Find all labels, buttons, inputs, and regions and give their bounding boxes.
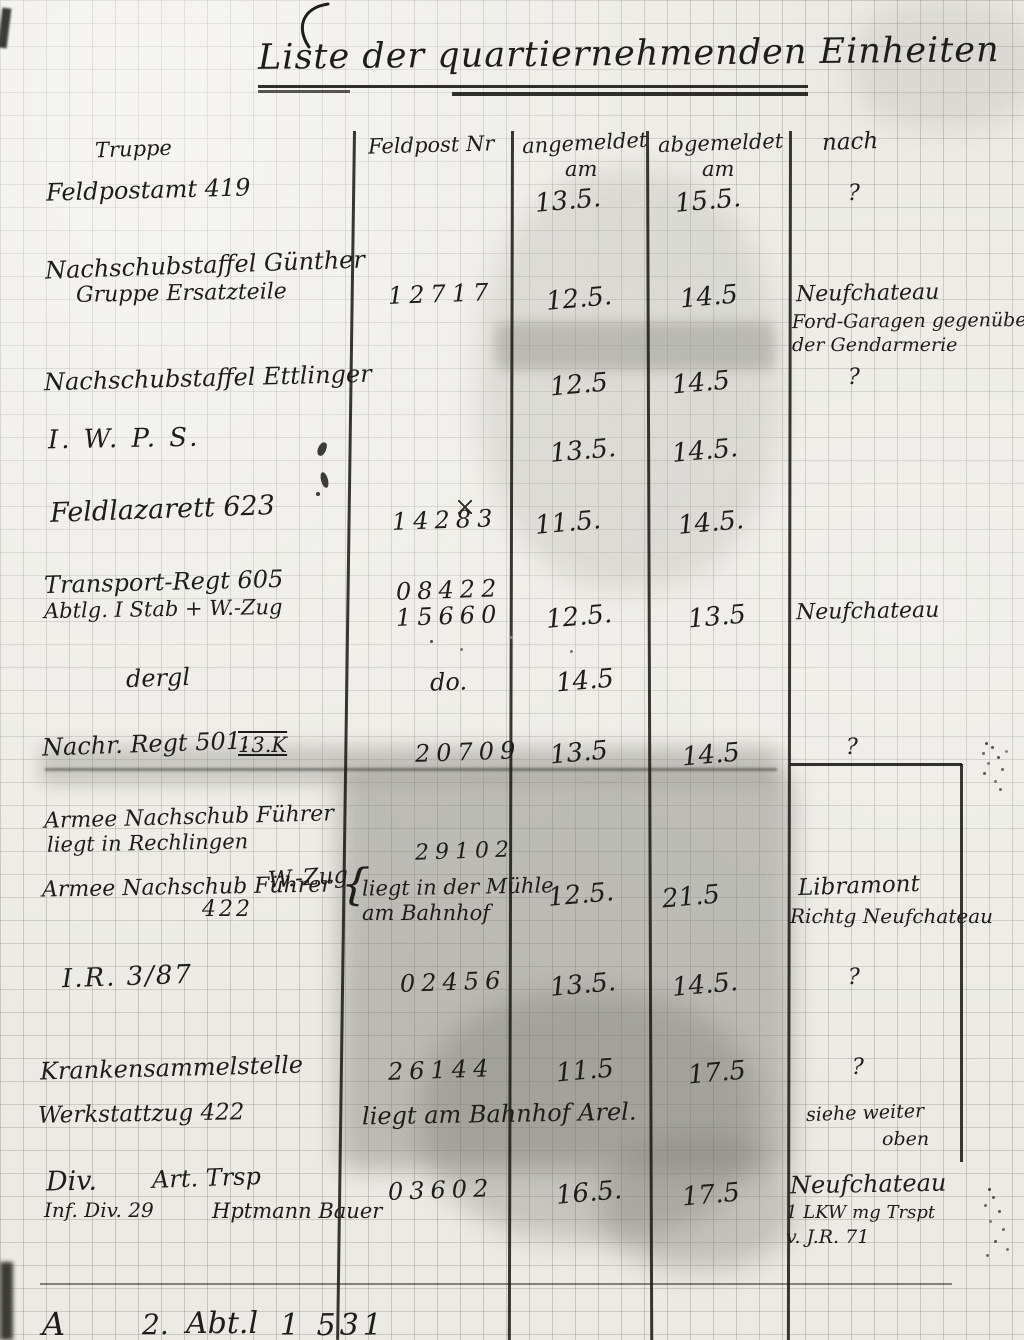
- row-div-art-truppe-b: Art. Trsp: [152, 1164, 262, 1193]
- row-feldlazarett-feldpost: 14283: [392, 506, 499, 535]
- row-staffel-ettlinger-truppe: Nachschubstaffel Ettlinger: [44, 362, 372, 396]
- ink-speck: [316, 492, 320, 496]
- row-staffel-guenther-feldpost: 12717: [388, 280, 495, 309]
- row-div-art-truppe-a: Div.: [46, 1168, 97, 1197]
- row-kss-feldpost: 26144: [388, 1056, 495, 1085]
- row-iwps-angemeldet: 13.5.: [549, 435, 617, 468]
- row-anf2-note-1: liegt in der Mühle: [362, 874, 554, 899]
- row-transport-regt-truppe-2: Abtlg. I Stab + W.-Zug: [44, 596, 283, 622]
- row-feldpostamt-angemeldet: 13.5.: [534, 185, 602, 218]
- row-dergl-angemeldet: 14.5: [555, 666, 615, 698]
- row-staffel-guenther-angemeldet: 12.5.: [545, 283, 613, 316]
- column-rule-1: [336, 131, 356, 1340]
- row-anf1-feldpost: 29102: [415, 838, 516, 865]
- row-anf2-note-2: am Bahnhof: [362, 902, 490, 924]
- row-div-art-feldpost: 03602: [388, 1176, 495, 1205]
- row-nachr-regt-nach: ?: [846, 736, 858, 759]
- col-header-truppe: Truppe: [95, 137, 173, 162]
- scan-noise-dots: [985, 742, 988, 745]
- row-staffel-ettlinger-angemeldet: 12.5: [549, 370, 609, 402]
- row-rule-bottom: [40, 1283, 952, 1285]
- row-feldlazarett-abgemeldet: 14.5.: [677, 507, 745, 540]
- row-werkstattzug-nach-1: siehe weiter: [806, 1102, 925, 1126]
- row-div-art-truppe-d: Hptmann Bauer: [212, 1200, 382, 1222]
- column-rule-right-lower: [960, 764, 963, 1162]
- col-header-angemeldet-am: am: [565, 158, 597, 180]
- row-transport-regt-nach: Neufchateau: [796, 599, 940, 625]
- row-staffel-guenther-nach-3: der Gendarmerie: [792, 336, 957, 356]
- row-div-art-nach-3: v. J.R. 71: [786, 1228, 869, 1248]
- row-feldlazarett-truppe: Feldlazarett 623: [50, 492, 276, 528]
- col-header-nach: nach: [822, 129, 879, 155]
- row-staffel-guenther-nach-2: Ford-Garagen gegenüber: [792, 311, 1024, 333]
- row-feldpostamt-truppe: Feldpostamt 419: [46, 175, 251, 206]
- scan-noise-dots: [430, 640, 433, 643]
- row-cutoff-fragment-3: Abt.l: [186, 1308, 258, 1340]
- row-staffel-ettlinger-nach: ?: [848, 366, 860, 389]
- row-rule-mid-left: [45, 768, 777, 771]
- row-transport-regt-truppe-1: Transport-Regt 605: [44, 567, 284, 598]
- row-ir387-abgemeldet: 14.5.: [671, 969, 739, 1002]
- row-cutoff-fragment-1: A: [42, 1308, 65, 1340]
- row-staffel-guenther-truppe-1: Nachschubstaffel Günther: [45, 247, 366, 283]
- ink-star-mark: [458, 500, 472, 514]
- row-staffel-guenther-truppe-2: Gruppe Ersatzteile: [76, 280, 287, 307]
- scan-noise-dots: [988, 1188, 991, 1191]
- row-anf2-abgemeldet: 21.5: [661, 882, 721, 914]
- col-header-angemeldet: angemeldet: [522, 129, 648, 158]
- ink-speck: [316, 441, 328, 457]
- ink-speck: [319, 471, 330, 488]
- scanned-document-page: Liste der quartiernehmenden Einheiten Tr…: [0, 0, 1024, 1340]
- row-staffel-guenther-abgemeldet: 14.5: [679, 282, 739, 314]
- title-underline-1: [258, 85, 808, 88]
- row-anf2-angemeldet: 12.5.: [547, 879, 615, 912]
- row-feldpostamt-nach: ?: [848, 182, 860, 205]
- row-transport-regt-angemeldet: 12.5.: [545, 601, 613, 634]
- row-staffel-guenther-nach-1: Neufchateau: [796, 281, 940, 307]
- row-ir387-nach: ?: [848, 966, 860, 989]
- row-transport-regt-abgemeldet: 13.5: [687, 602, 747, 634]
- row-anf2-truppe-wzug: W.-Zug: [267, 863, 349, 893]
- page-title: Liste der quartiernehmenden Einheiten: [258, 32, 1000, 77]
- row-nachr-regt-feldpost: 20709: [415, 738, 522, 767]
- row-cutoff-fragment-4: 1 531: [280, 1310, 386, 1340]
- row-werkstattzug-truppe: Werkstattzug 422: [38, 1100, 245, 1128]
- row-rule-mid-right: [790, 763, 962, 766]
- row-div-art-nach-2: 1 LKW mg Trspt: [786, 1204, 935, 1223]
- row-anf2-nach-1: Libramont: [798, 872, 921, 900]
- scan-smudge: [495, 322, 775, 370]
- row-transport-regt-feldpost-2: 15660: [396, 602, 503, 631]
- row-nachr-regt-truppe-k: 13.K: [238, 734, 287, 756]
- row-kss-abgemeldet: 17.5: [687, 1058, 747, 1090]
- row-kss-nach: ?: [852, 1056, 864, 1079]
- title-underline-3: [258, 90, 350, 93]
- row-feldlazarett-angemeldet: 11.5.: [534, 507, 602, 540]
- row-ir387-feldpost: 02456: [400, 968, 507, 997]
- row-nachr-regt-abgemeldet: 14.5: [681, 740, 741, 772]
- row-div-art-truppe-c: Inf. Div. 29: [44, 1200, 154, 1221]
- row-anf1-truppe-1: Armee Nachschub Führer: [44, 802, 334, 833]
- scan-edge-artifact: [0, 8, 11, 49]
- title-underline-2: [452, 92, 808, 96]
- row-div-art-nach-1: Neufchateau: [790, 1171, 947, 1199]
- row-cutoff-fragment-2: 2.: [142, 1310, 169, 1339]
- col-header-abgemeldet-am: am: [702, 158, 734, 180]
- row-kss-truppe: Krankensammelstelle: [40, 1053, 304, 1085]
- row-nachr-regt-angemeldet: 13.5: [549, 738, 609, 770]
- row-anf2-nach-2: Richtg Neufchateau: [790, 906, 993, 927]
- row-dergl-truppe: dergl: [126, 665, 191, 692]
- scan-edge-artifact: [0, 1262, 13, 1340]
- row-kss-angemeldet: 11.5: [555, 1056, 615, 1088]
- column-rule-3: [646, 131, 653, 1340]
- row-iwps-abgemeldet: 14.5.: [671, 435, 739, 468]
- row-anf1-truppe-2: liegt in Rechlingen: [47, 830, 249, 856]
- row-dergl-feldpost: do.: [430, 669, 468, 695]
- row-anf2-truppe-nr: 422: [202, 898, 253, 921]
- row-iwps-truppe: I. W. P. S.: [48, 425, 201, 455]
- col-header-feldpost: Feldpost Nr: [368, 132, 495, 157]
- col-header-abgemeldet: abgemeldet: [658, 130, 784, 156]
- row-nachr-regt-truppe: Nachr. Regt 501.: [42, 728, 249, 760]
- row-ir387-angemeldet: 13.5.: [549, 969, 617, 1002]
- row-ir387-truppe: I.R. 3/87: [62, 962, 194, 994]
- row-staffel-ettlinger-abgemeldet: 14.5: [671, 368, 731, 400]
- row-werkstattzug-nach-2: oben: [882, 1130, 929, 1150]
- row-werkstattzug-note: liegt am Bahnhof Arel.: [362, 1100, 637, 1130]
- row-div-art-abgemeldet: 17.5: [681, 1180, 741, 1212]
- row-div-art-angemeldet: 16.5.: [555, 1177, 623, 1210]
- row-feldpostamt-abgemeldet: 15.5.: [674, 185, 742, 218]
